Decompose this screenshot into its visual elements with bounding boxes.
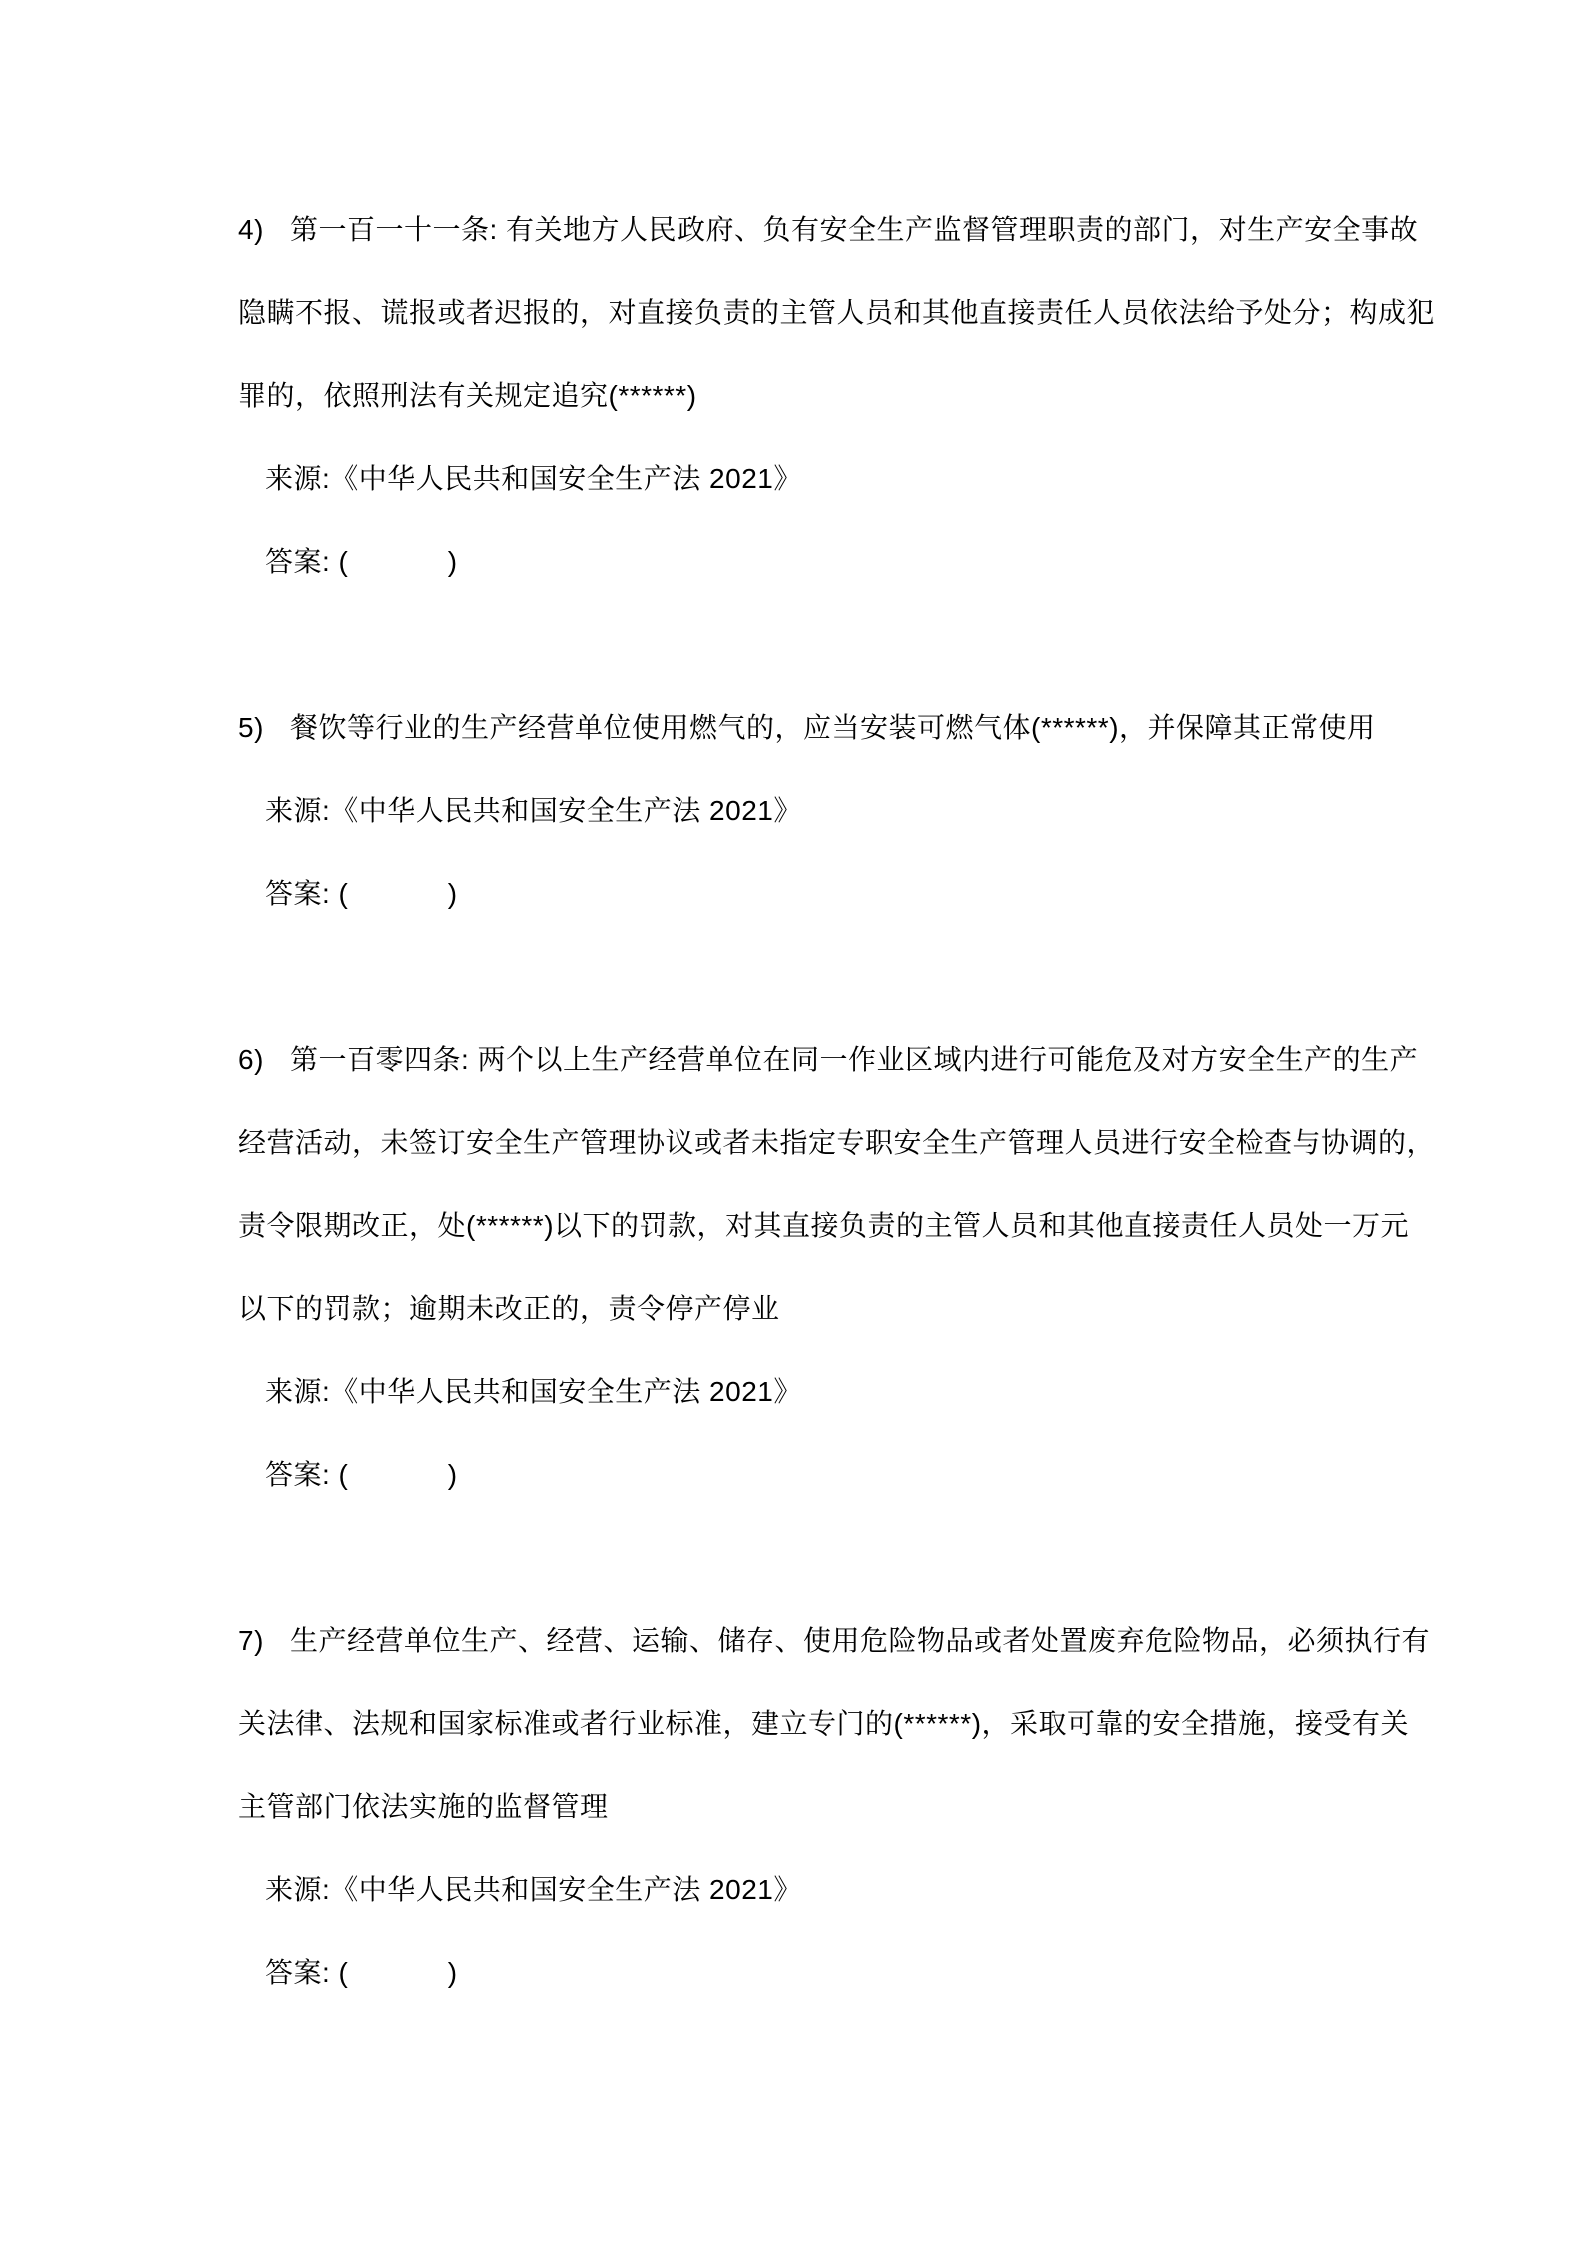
question-text-line: 以下的罚款；逾期未改正的，责令停产停业	[238, 1267, 1350, 1350]
answer-line: 答案: ( )	[265, 1433, 1350, 1516]
question-block-4: 4)第一百一十一条: 有关地方人民政府、负有安全生产监督管理职责的部门，对生产安…	[238, 188, 1350, 603]
question-first-line: 4)第一百一十一条: 有关地方人民政府、负有安全生产监督管理职责的部门，对生产安…	[238, 188, 1350, 271]
question-block-5: 5)餐饮等行业的生产经营单位使用燃气的，应当安装可燃气体(******)，并保障…	[238, 686, 1350, 935]
answer-line: 答案: ( )	[265, 520, 1350, 603]
source-line: 来源:《中华人民共和国安全生产法 2021》	[265, 1350, 1350, 1433]
answer-line: 答案: ( )	[265, 852, 1350, 935]
source-line: 来源:《中华人民共和国安全生产法 2021》	[265, 769, 1350, 852]
question-block-7: 7)生产经营单位生产、经营、运输、储存、使用危险物品或者处置废弃危险物品，必须执…	[238, 1599, 1350, 2014]
question-text-line: 隐瞒不报、谎报或者迟报的，对直接负责的主管人员和其他直接责任人员依法给予处分；构…	[238, 271, 1350, 354]
question-text-line: 罪的，依照刑法有关规定追究(******)	[238, 354, 1350, 437]
question-continuation-lines: 关法律、法规和国家标准或者行业标准，建立专门的(******)，采取可靠的安全措…	[238, 1682, 1350, 1848]
document-page: 4)第一百一十一条: 有关地方人民政府、负有安全生产监督管理职责的部门，对生产安…	[0, 0, 1587, 2245]
question-number: 7)	[238, 1599, 290, 1682]
question-text-line: 第一百零四条: 两个以上生产经营单位在同一作业区域内进行可能危及对方安全生产的生…	[290, 1018, 1350, 1101]
source-line: 来源:《中华人民共和国安全生产法 2021》	[265, 1848, 1350, 1931]
question-text-line: 餐饮等行业的生产经营单位使用燃气的，应当安装可燃气体(******)，并保障其正…	[290, 686, 1350, 769]
question-number: 4)	[238, 188, 290, 271]
question-first-line: 5)餐饮等行业的生产经营单位使用燃气的，应当安装可燃气体(******)，并保障…	[238, 686, 1350, 769]
question-text-line: 关法律、法规和国家标准或者行业标准，建立专门的(******)，采取可靠的安全措…	[238, 1682, 1350, 1765]
question-continuation-lines: 经营活动，未签订安全生产管理协议或者未指定专职安全生产管理人员进行安全检查与协调…	[238, 1101, 1350, 1350]
question-continuation-lines: 隐瞒不报、谎报或者迟报的，对直接负责的主管人员和其他直接责任人员依法给予处分；构…	[238, 271, 1350, 437]
question-first-line: 7)生产经营单位生产、经营、运输、储存、使用危险物品或者处置废弃危险物品，必须执…	[238, 1599, 1350, 1682]
question-block-6: 6)第一百零四条: 两个以上生产经营单位在同一作业区域内进行可能危及对方安全生产…	[238, 1018, 1350, 1516]
question-number: 5)	[238, 686, 290, 769]
question-number: 6)	[238, 1018, 290, 1101]
answer-line: 答案: ( )	[265, 1931, 1350, 2014]
question-text-line: 生产经营单位生产、经营、运输、储存、使用危险物品或者处置废弃危险物品，必须执行有	[290, 1599, 1350, 1682]
text-column: 4)第一百一十一条: 有关地方人民政府、负有安全生产监督管理职责的部门，对生产安…	[238, 188, 1350, 2014]
question-text-line: 责令限期改正，处(******)以下的罚款，对其直接负责的主管人员和其他直接责任…	[238, 1184, 1350, 1267]
question-text-line: 主管部门依法实施的监督管理	[238, 1765, 1350, 1848]
question-text-line: 第一百一十一条: 有关地方人民政府、负有安全生产监督管理职责的部门，对生产安全事…	[290, 188, 1350, 271]
question-first-line: 6)第一百零四条: 两个以上生产经营单位在同一作业区域内进行可能危及对方安全生产…	[238, 1018, 1350, 1101]
question-text-line: 经营活动，未签订安全生产管理协议或者未指定专职安全生产管理人员进行安全检查与协调…	[238, 1101, 1350, 1184]
source-line: 来源:《中华人民共和国安全生产法 2021》	[265, 437, 1350, 520]
